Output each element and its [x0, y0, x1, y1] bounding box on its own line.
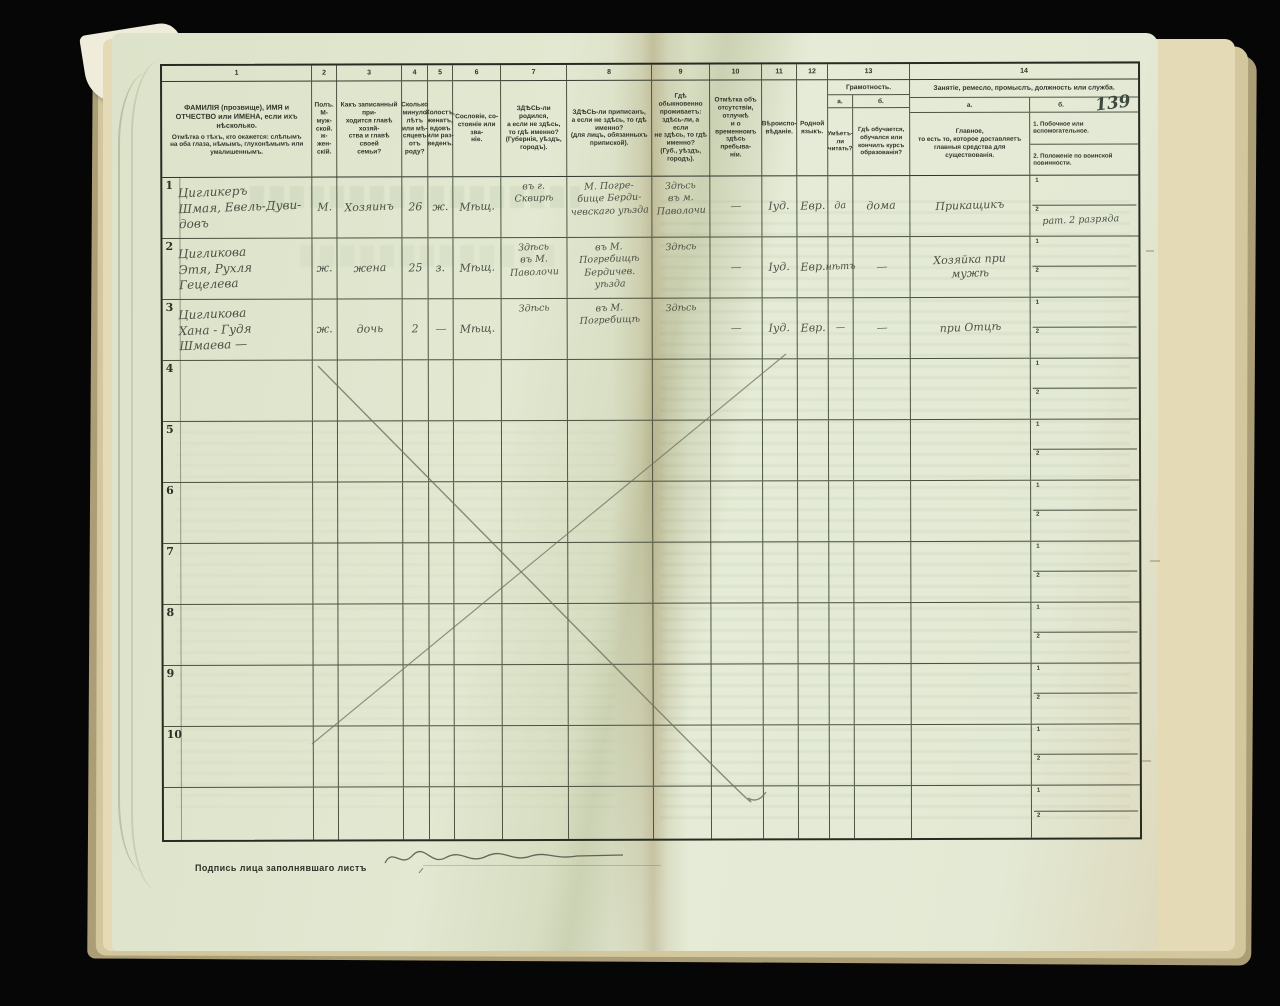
col-number: 3 — [337, 65, 402, 80]
cell-language — [799, 725, 830, 785]
cell-language — [798, 359, 829, 419]
header-name: ФАМИЛІЯ (прозвище), ИМЯ и ОТЧЕСТВО или И… — [162, 82, 312, 177]
table-row: 10 1 2 — [164, 724, 1140, 788]
table-row: 4 1 2 — [163, 358, 1139, 422]
cell-residence — [654, 787, 712, 839]
cell-school — [854, 603, 911, 663]
cell-name: 4 — [163, 361, 313, 421]
cell-language — [798, 603, 829, 663]
cell-sex: ж. — [312, 239, 337, 299]
cell-reads — [829, 359, 854, 419]
cell-relation: дочь — [338, 299, 403, 359]
cell-relation — [339, 665, 404, 725]
handwritten-marital: з. — [436, 261, 446, 276]
handwritten-religion: Іуд. — [769, 321, 791, 336]
header-literacy-b-label: б. — [853, 95, 909, 107]
printed-sub-label-2: 2 — [1036, 451, 1039, 457]
cell-birthplace: Здѣсь въ М. Паволочи — [501, 238, 567, 298]
cell-residence — [653, 482, 711, 542]
cell-relation — [338, 482, 403, 542]
cell-occupation — [911, 359, 1031, 419]
military-status-box: 2 рат. 2 разряда — [1032, 205, 1136, 234]
cell-estate — [454, 604, 502, 664]
cell-age: 25 — [402, 238, 428, 298]
row-number: 5 — [166, 423, 174, 436]
handwritten-religion: Іуд. — [769, 199, 791, 214]
cell-school — [855, 725, 912, 785]
cell-estate — [454, 543, 502, 603]
handwritten-reads: нѣтъ — [825, 260, 855, 273]
handwritten-occupation: Прикащикъ — [935, 197, 1004, 214]
cell-birthplace — [503, 726, 569, 786]
cell-birthplace: въ г. Сквирѣ — [501, 177, 567, 237]
side-occupation-box: 1 — [1032, 176, 1136, 205]
handwritten-residence — [655, 424, 708, 426]
cell-age — [404, 726, 430, 786]
cell-school: — — [853, 237, 910, 297]
cell-occupation: Прикащикъ — [910, 176, 1030, 236]
cell-age — [403, 421, 429, 481]
cell-age — [403, 604, 429, 664]
row-number: 3 — [166, 301, 174, 314]
handwritten-residence — [655, 485, 708, 487]
table-row: 1 Цигликеръ Шмая, Евель-Дуви- довъ М. Хо… — [162, 175, 1138, 239]
handwritten-page-number: 139 — [1094, 91, 1132, 115]
cell-name: 1 Цигликеръ Шмая, Евель-Дуви- довъ — [162, 178, 312, 238]
handwritten-residence — [655, 607, 708, 609]
handwritten-residence — [655, 363, 708, 365]
cell-residence: Здѣсь — [653, 299, 711, 359]
cell-occupation — [912, 786, 1032, 838]
cell-registration — [568, 421, 653, 481]
header-occupation-side: 1. Побочное или вспомогательное. — [1030, 112, 1138, 144]
handwritten-military-status: рат. 2 разряда — [1042, 213, 1119, 228]
cell-absence — [711, 359, 763, 419]
handwritten-residence — [656, 668, 709, 670]
header-occupation-group: Занятіе, ремесло, промыслъ, должность ил… — [910, 79, 1138, 175]
cell-reads — [829, 420, 854, 480]
cell-residence — [654, 726, 712, 786]
cell-birthplace — [502, 543, 568, 603]
header-absence: Отмѣтка объ отсутствіи, отлучкѣ и о врем… — [710, 80, 762, 175]
row-number: 9 — [167, 667, 175, 680]
col-number: 10 — [710, 64, 762, 79]
handwritten-registration — [571, 789, 651, 792]
side-occupation-box: 1 — [1032, 237, 1136, 266]
cell-side-occupation: 1 2 — [1031, 602, 1139, 662]
handwritten-name — [180, 730, 311, 735]
cell-occupation: при Отцѣ — [911, 298, 1031, 358]
cell-school — [854, 542, 911, 602]
handwritten-birthplace — [505, 729, 566, 731]
printed-sub-label-2: 2 — [1036, 512, 1039, 518]
cell-absence — [712, 725, 764, 785]
handwritten-name — [180, 791, 311, 796]
handwritten-residence — [656, 790, 709, 792]
cell-occupation — [911, 481, 1031, 541]
side-occupation-box: 1 — [1034, 725, 1138, 754]
handwritten-birthplace — [504, 546, 565, 548]
handwritten-birthplace — [505, 790, 566, 792]
cell-estate — [455, 787, 503, 839]
cell-relation: Хозяинъ — [337, 177, 402, 237]
row-number: 4 — [166, 362, 174, 375]
handwritten-name — [179, 608, 310, 613]
cell-relation: жена — [337, 238, 402, 298]
cell-relation — [338, 360, 403, 420]
cell-age — [403, 543, 429, 603]
cell-school: дома — [853, 176, 910, 236]
handwritten-occupation: Хозяйка при мужѣ — [933, 251, 1007, 282]
cell-language — [799, 664, 830, 724]
col-number: 6 — [453, 65, 501, 80]
side-occupation-box: 1 — [1034, 786, 1138, 811]
cell-religion: Іуд. — [763, 298, 798, 358]
table-row: 9 1 2 — [164, 663, 1140, 727]
cell-reads: — — [829, 298, 854, 358]
header-name-title: ФАМИЛІЯ (прозвище), ИМЯ и ОТЧЕСТВО или И… — [167, 104, 306, 131]
cell-absence — [711, 420, 763, 480]
military-status-box: 2 — [1033, 449, 1137, 478]
cell-religion — [764, 725, 799, 785]
cell-sex — [313, 483, 338, 543]
cell-absence — [712, 664, 764, 724]
cell-registration: М. Погре- бище Берди- чевскаго уѣзда — [567, 177, 652, 237]
handwritten-registration — [570, 362, 650, 365]
cell-language — [798, 420, 829, 480]
cell-registration — [568, 543, 653, 603]
header-sex: Полъ. М-муж- ской. ж-жен- скій. — [312, 82, 337, 177]
handwritten-registration — [570, 606, 650, 609]
handwritten-sex: ж. — [316, 261, 333, 276]
cell-religion — [763, 359, 798, 419]
printed-sub-label-1: 1 — [1036, 483, 1039, 489]
cell-registration: въ М. Погребищѣ — [568, 299, 653, 359]
col-number: 7 — [501, 65, 567, 80]
header-literacy-a-label: а. — [828, 95, 853, 107]
handwritten-name — [179, 547, 310, 552]
table-row: 2 Цигликова Этя, Рухля Гецелева ж. жена … — [162, 236, 1138, 300]
printed-sub-label-2: 2 — [1037, 756, 1040, 762]
cell-relation — [339, 787, 404, 839]
col-number: 1 — [162, 66, 312, 81]
cell-marital — [429, 360, 454, 420]
cell-age — [403, 482, 429, 542]
cell-name: 9 — [164, 666, 314, 726]
handwritten-birthplace — [504, 424, 565, 426]
cell-side-occupation: 1 2 — [1031, 297, 1139, 357]
cell-sex — [314, 666, 339, 726]
side-occupation-box: 1 — [1033, 481, 1137, 510]
printed-sub-label-2: 2 — [1036, 573, 1039, 579]
handwritten-age: 25 — [408, 261, 423, 276]
printed-sub-label-2: 2 — [1035, 207, 1038, 213]
cell-birthplace: Здѣсь — [502, 299, 568, 359]
printed-sub-label-2: 2 — [1036, 390, 1039, 396]
cell-reads — [830, 786, 855, 838]
cell-school: — — [854, 298, 911, 358]
printed-sub-label-2: 2 — [1037, 695, 1040, 701]
header-residence: Гдѣ обыкновенно проживаетъ: здѣсь-ли, а … — [652, 81, 710, 176]
handwritten-birthplace — [505, 668, 566, 670]
handwritten-registration — [570, 545, 650, 548]
handwritten-sex: М. — [317, 200, 332, 215]
table-row: 7 1 2 — [163, 541, 1139, 605]
cell-side-occupation: 1 2 — [1032, 724, 1140, 784]
cell-name: 6 — [163, 483, 313, 543]
handwritten-birthplace: въ г. Сквирѣ — [503, 180, 565, 207]
cell-side-occupation: 1 2 — [1031, 419, 1139, 479]
handwritten-residence: Здѣсь въ м. Паволочи — [654, 180, 708, 219]
handwritten-reads: — — [836, 322, 846, 335]
cell-marital: — — [429, 299, 454, 359]
cell-name: 2 Цигликова Этя, Рухля Гецелева — [162, 239, 312, 299]
handwritten-registration: въ М. Погребищѣ Бердичев. уѣзда — [569, 240, 651, 292]
cell-side-occupation: 1 2 — [1031, 358, 1139, 418]
cell-registration: въ М. Погребищѣ Бердичев. уѣзда — [567, 238, 652, 298]
handwritten-religion: Іуд. — [769, 260, 791, 275]
col-number: 11 — [762, 64, 797, 79]
cell-relation — [338, 604, 403, 664]
cell-sex — [313, 605, 338, 665]
edge-notch — [1146, 250, 1154, 252]
printed-sub-label-1: 1 — [1036, 361, 1039, 367]
military-status-box: 2 — [1033, 266, 1137, 295]
cell-occupation — [912, 725, 1032, 785]
header-occupation-a-label: а. — [910, 98, 1030, 112]
handwritten-school: — — [876, 260, 888, 275]
table-row: 3 Цигликова Хана - Гудя Шмаева — ж. дочь… — [163, 297, 1139, 361]
header-occupation-main: Главное, то есть то, которое доставляетъ… — [910, 113, 1030, 175]
cell-sex: ж. — [313, 300, 338, 360]
row-number: 10 — [167, 728, 182, 741]
handwritten-registration — [571, 667, 651, 670]
handwritten-birthplace — [504, 363, 565, 365]
cell-name: 10 — [164, 727, 314, 787]
header-literacy-title: Грамотность. — [828, 80, 909, 95]
handwritten-name — [179, 486, 310, 491]
cell-absence — [711, 542, 763, 602]
cell-side-occupation: 1 2 — [1032, 663, 1140, 723]
cell-age — [404, 665, 430, 725]
edge-notch — [1150, 560, 1160, 562]
handwritten-registration: въ М. Погребищѣ — [569, 301, 650, 329]
cell-birthplace — [502, 360, 568, 420]
b-label: б. — [1058, 101, 1064, 108]
cell-reads: нѣтъ — [828, 237, 853, 297]
cell-reads — [829, 481, 854, 541]
table-row: 1 2 — [164, 785, 1140, 840]
cell-religion — [763, 420, 798, 480]
military-status-box: 2 — [1033, 632, 1137, 661]
handwritten-estate: Мѣщ. — [459, 260, 495, 276]
cell-estate — [454, 482, 502, 542]
row-number: 7 — [166, 545, 174, 558]
signature-label: Подпись лица заполнявшаго листъ — [195, 863, 367, 873]
cell-side-occupation: 1 2 — [1032, 785, 1140, 837]
handwritten-registration: М. Погре- бище Берди- чевскаго уѣзда — [569, 179, 650, 219]
table-row: 8 1 2 — [163, 602, 1139, 666]
cell-school — [855, 664, 912, 724]
military-status-box: 2 — [1033, 510, 1137, 539]
handwritten-registration — [570, 423, 650, 426]
cell-occupation: Хозяйка при мужѣ — [910, 237, 1030, 297]
header-birthplace: ЗДѢСЬ-ли родился, а если не здѣсь, то гд… — [501, 81, 567, 176]
cell-sex — [314, 788, 339, 840]
military-status-box: 2 — [1034, 693, 1138, 722]
header-estate: Сословіе, со- стояніе или зва- ніе. — [453, 81, 501, 176]
table-row: 5 1 2 — [163, 419, 1139, 483]
cell-school — [854, 359, 911, 419]
header-relation: Какъ записанный при- ходится главѣ хозяй… — [337, 81, 402, 176]
handwritten-occupation: при Отцѣ — [939, 320, 1001, 337]
handwritten-language: Евр. — [800, 199, 826, 214]
handwritten-marital: ж. — [432, 200, 449, 215]
cell-language — [798, 481, 829, 541]
cell-age: 2 — [403, 299, 429, 359]
cell-birthplace — [502, 604, 568, 664]
handwritten-residence: Здѣсь — [654, 241, 707, 255]
cell-relation — [338, 543, 403, 603]
cell-religion — [764, 786, 799, 838]
handwritten-age: 26 — [408, 200, 423, 215]
cell-absence — [711, 481, 763, 541]
side-occupation-box: 1 — [1033, 359, 1137, 388]
handwritten-relation: жена — [353, 261, 386, 277]
col-number: 4 — [402, 65, 428, 80]
census-table: 1 2 3 4 5 6 7 8 9 10 11 12 13 14 ФАМИЛІЯ… — [160, 61, 1142, 842]
handwritten-residence — [656, 729, 709, 731]
cell-sex — [313, 361, 338, 421]
cell-estate: Мѣщ. — [453, 238, 501, 298]
military-status-box: 2 — [1034, 811, 1138, 836]
header-name-note: Отмѣтка о тѣхъ, кто окажется: слѣпымъ на… — [168, 133, 305, 156]
cell-reads — [829, 542, 854, 602]
military-status-box: 2 — [1033, 571, 1137, 600]
col-number: 12 — [797, 64, 828, 79]
cell-age: 26 — [402, 177, 428, 237]
header-literacy-a: Умѣетъ- ли читать? — [828, 108, 853, 175]
col-number: 14 — [910, 63, 1138, 79]
col-number: 2 — [312, 66, 337, 81]
header-marital: Холостъ, женатъ, вдовъ или раз- веденъ. — [428, 81, 453, 176]
cell-religion: Іуд. — [762, 237, 797, 297]
cell-name: 7 — [163, 544, 313, 604]
cell-sex — [313, 544, 338, 604]
handwritten-name — [179, 425, 310, 430]
cell-occupation — [912, 664, 1032, 724]
col-number: 13 — [828, 64, 910, 79]
cell-name: 3 Цигликова Хана - Гудя Шмаева — — [163, 300, 313, 360]
military-status-box: 2 — [1033, 327, 1137, 356]
cell-side-occupation: 1 2 — [1031, 480, 1139, 540]
side-occupation-box: 1 — [1033, 603, 1137, 632]
cell-reads — [829, 603, 854, 663]
handwritten-name — [180, 669, 311, 674]
cell-birthplace — [503, 665, 569, 725]
cell-name: 8 — [163, 605, 313, 665]
handwritten-absence: — — [730, 260, 742, 275]
cell-reads — [830, 664, 855, 724]
cell-estate — [454, 421, 502, 481]
cell-sex: М. — [312, 178, 337, 238]
table-row: 6 1 2 — [163, 480, 1139, 544]
cell-registration — [569, 665, 654, 725]
cell-age — [404, 787, 430, 839]
row-number: 2 — [165, 240, 173, 253]
cell-religion — [763, 542, 798, 602]
handwritten-absence: — — [730, 321, 742, 336]
side-occupation-box: 1 — [1033, 420, 1137, 449]
cell-school — [854, 420, 911, 480]
cell-absence — [711, 603, 763, 663]
cell-birthplace — [502, 421, 568, 481]
cell-residence — [653, 360, 711, 420]
cell-birthplace — [502, 482, 568, 542]
header-literacy-b: Гдѣ обучается, обучался или кончилъ курс… — [853, 108, 909, 175]
handwritten-name: Цигликова Этя, Рухля Гецелева — [178, 242, 311, 294]
side-occupation-box: 1 — [1034, 664, 1138, 693]
cell-estate — [455, 665, 503, 725]
printed-sub-label-1: 1 — [1037, 788, 1040, 794]
cell-side-occupation: 1 2 — [1031, 541, 1139, 601]
cell-religion — [763, 481, 798, 541]
handwritten-relation: Хозяинъ — [344, 199, 394, 215]
cell-residence: Здѣсь — [652, 238, 710, 298]
table-header: ФАМИЛІЯ (прозвище), ИМЯ и ОТЧЕСТВО или И… — [162, 79, 1138, 178]
cell-estate — [454, 360, 502, 420]
handwritten-estate: Мѣщ. — [459, 199, 495, 215]
cell-language: Евр. — [797, 237, 828, 297]
row-number: 1 — [165, 179, 173, 192]
cell-residence — [654, 665, 712, 725]
handwritten-name: Цигликеръ Шмая, Евель-Дуви- довъ — [178, 181, 311, 233]
printed-sub-label-2: 2 — [1036, 268, 1039, 274]
cell-language — [798, 542, 829, 602]
handwritten-birthplace — [504, 485, 565, 487]
cell-marital — [430, 787, 455, 839]
printed-sub-label-2: 2 — [1036, 329, 1039, 335]
printed-sub-label-1: 1 — [1037, 666, 1040, 672]
cell-estate: Мѣщ. — [454, 299, 502, 359]
handwritten-language: Евр. — [800, 321, 826, 336]
cell-absence: — — [710, 176, 762, 236]
cell-estate — [455, 726, 503, 786]
cell-registration — [568, 604, 653, 664]
handwritten-birthplace — [504, 607, 565, 609]
handwritten-sex: ж. — [316, 322, 333, 337]
cell-relation — [339, 726, 404, 786]
handwritten-residence: Здѣсь — [654, 302, 707, 316]
handwritten-birthplace: Здѣсь въ М. Паволочи — [503, 241, 565, 280]
printed-sub-label-1: 1 — [1035, 239, 1038, 245]
cell-occupation — [911, 420, 1031, 480]
handwritten-name — [179, 364, 310, 369]
cell-residence — [653, 604, 711, 664]
header-literacy-group: Грамотность. а. б. Умѣетъ- ли читать? Гд… — [828, 80, 910, 175]
printed-sub-label-2: 2 — [1037, 813, 1040, 819]
col-number: 8 — [567, 65, 652, 80]
handwritten-birthplace: Здѣсь — [503, 302, 564, 317]
cell-religion — [764, 664, 799, 724]
header-occupation-military: 2. Положеніе по воинской повинности. — [1030, 144, 1138, 175]
cell-registration — [568, 482, 653, 542]
table-body: 1 Цигликеръ Шмая, Евель-Дуви- довъ М. Хо… — [162, 175, 1140, 840]
header-language: Родной языкъ. — [797, 80, 828, 175]
military-status-box: 2 — [1033, 388, 1137, 417]
cell-age — [403, 360, 429, 420]
header-registration: ЗДѢСЬ-ли приписанъ, а если не здѣсь, то … — [567, 81, 652, 176]
